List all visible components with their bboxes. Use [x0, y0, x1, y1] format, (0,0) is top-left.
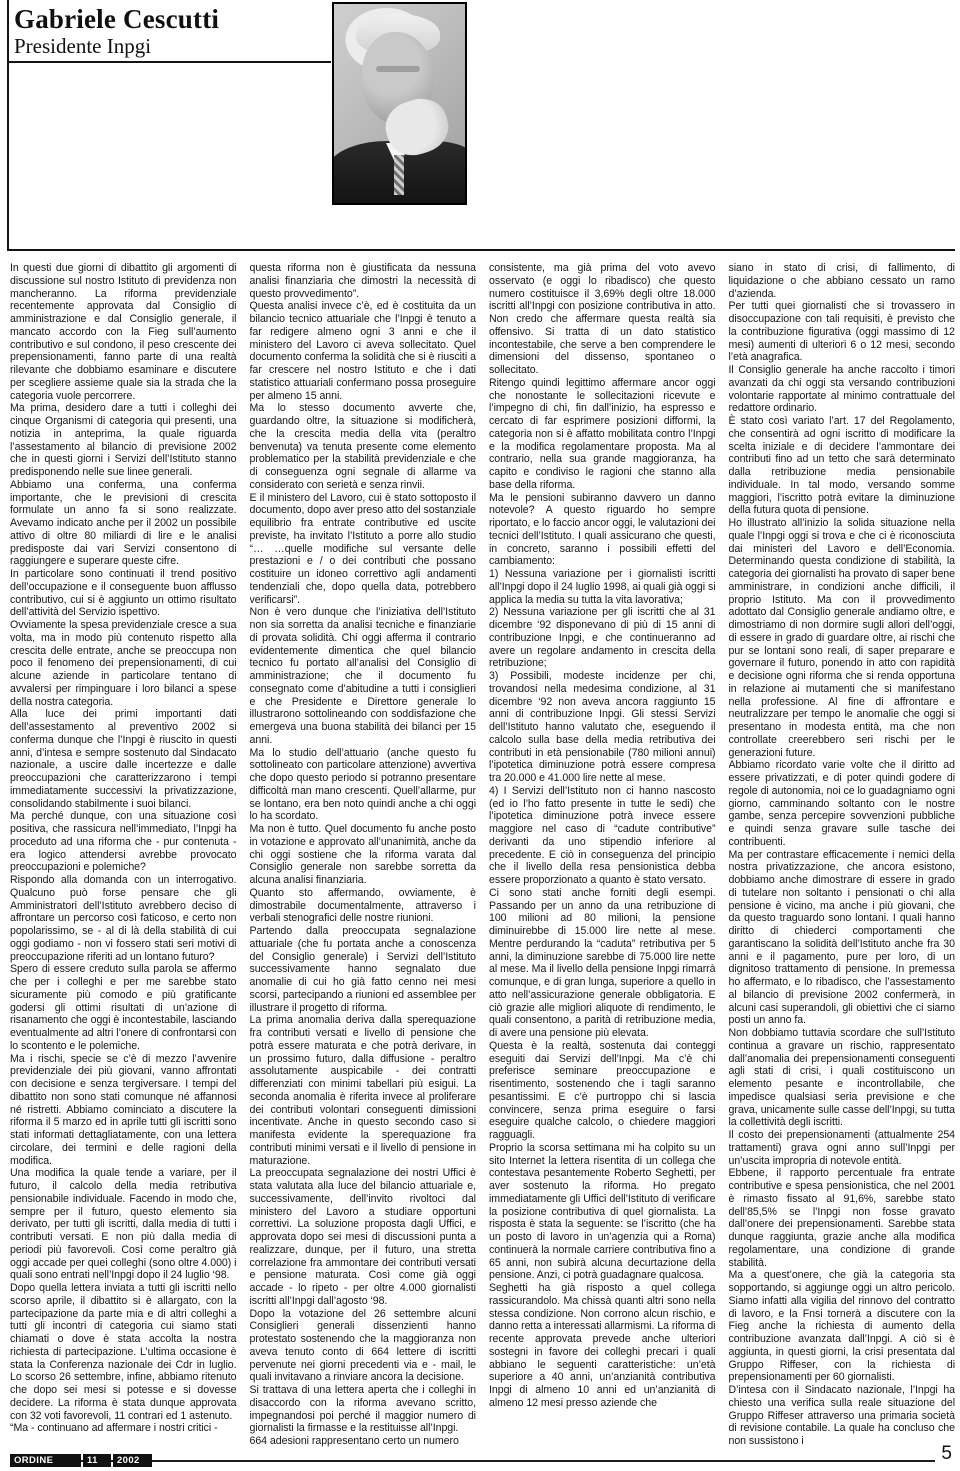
paragraph: Spero di essere creduto sulla parola se …: [10, 963, 237, 1052]
paragraph: Non è vero dunque che l’iniziativa dell’…: [250, 606, 477, 746]
paragraph: In questi due giorni di dibattito gli ar…: [10, 262, 237, 402]
paragraph: Ma per contrastare efficacemente i nemic…: [729, 849, 956, 1028]
paragraph: In particolare sono continuati il trend …: [10, 568, 237, 619]
paragraph: Ma i rischi, specie se c’è di mezzo l’av…: [10, 1053, 237, 1168]
paragraph: “Ma - continuano ad affermare i nostri c…: [10, 1422, 237, 1435]
footer-year: 2002: [113, 1454, 152, 1467]
paragraph: Dopo la votazione del 26 settembre alcun…: [250, 1308, 477, 1385]
paragraph: Dopo quella lettera inviata a tutti gli …: [10, 1282, 237, 1422]
paragraph: 4) I Servizi dell’Istituto non ci hanno …: [489, 785, 716, 887]
paragraph: 664 adesioni rappresentano certo un nume…: [250, 1435, 477, 1448]
paragraph: E il ministero del Lavoro, cui è stato s…: [250, 492, 477, 607]
paragraph: Ma perché dunque, con una situazione cos…: [10, 810, 237, 874]
page-number: 5: [941, 1444, 952, 1464]
paragraph: Quanto sto affermando, ovviamente, è dim…: [250, 887, 477, 925]
paragraph: 3) Possibili, modeste incidenze per chi,…: [489, 670, 716, 785]
paragraph: siano in stato di crisi, di fallimento, …: [729, 262, 956, 300]
paragraph: Questa analisi invece c’è, ed è costitui…: [250, 300, 477, 402]
paragraph: Abbiamo ricordato varie volte che il dir…: [729, 759, 956, 848]
paragraph: Ma lo stesso documento avverte che, guar…: [250, 402, 477, 491]
article-column-2: questa riforma non è giustificata da nes…: [250, 262, 477, 1448]
paragraph: Abbiamo una conferma, una conferma impor…: [10, 479, 237, 568]
page-title: Gabriele Cescutti: [14, 4, 330, 34]
paragraph: questa riforma non è giustificata da nes…: [250, 262, 477, 300]
paragraph: Si trattava di una lettera aperta che i …: [250, 1384, 477, 1435]
article-column-4: siano in stato di crisi, di fallimento, …: [729, 262, 956, 1448]
paragraph: Ma le pensioni subiranno davvero un dann…: [489, 492, 716, 569]
footer-issue-number: 11: [83, 1454, 111, 1467]
magazine-page: Gabriele Cescutti Presidente Inpgi In qu…: [0, 0, 960, 1471]
paragraph: Seghetti ha già risposto a quel collega …: [489, 1282, 716, 1410]
top-rule: [7, 249, 955, 251]
paragraph: È stato così variato l’art. 17 del Regol…: [729, 415, 956, 517]
paragraph: La prima anomalia deriva dalla sperequaz…: [250, 1014, 477, 1167]
paragraph: Partendo dalla preoccupata segnalazione …: [250, 925, 477, 1014]
paragraph: Ci sono stati anche forniti degli esempi…: [489, 887, 716, 1040]
paragraph: Ma lo studio dell’attuario (anche questo…: [250, 747, 477, 824]
portrait-tie: [394, 155, 404, 195]
left-margin-rule: [7, 0, 9, 250]
header-rule: [9, 61, 331, 63]
paragraph: Ma non è tutto. Quel documento fu anche …: [250, 823, 477, 887]
paragraph: Il Consiglio generale ha anche raccolto …: [729, 364, 956, 415]
paragraph: Ho illustrato all’inizio la solida situa…: [729, 517, 956, 759]
paragraph: Ebbene, il rapporto percentuale fra entr…: [729, 1167, 956, 1269]
paragraph: D’intesa con il Sindacato nazionale, l’I…: [729, 1384, 956, 1448]
article-column-3: consistente, ma già prima del voto avevo…: [489, 262, 716, 1448]
paragraph: Rispondo alla domanda con un interrogati…: [10, 874, 237, 963]
paragraph: Ovviamente la spesa previdenziale cresce…: [10, 619, 237, 708]
paragraph: Proprio la scorsa settimana mi ha colpit…: [489, 1142, 716, 1282]
paragraph: 1) Nessuna variazione per i giornalisti …: [489, 568, 716, 606]
paragraph: consistente, ma già prima del voto avevo…: [489, 262, 716, 377]
paragraph: Questa è la realtà, sostenuta dai conteg…: [489, 1040, 716, 1142]
paragraph: Ma a quest’onere, che già la categoria s…: [729, 1269, 956, 1384]
article-body: In questi due giorni di dibattito gli ar…: [10, 262, 955, 1448]
paragraph: Il costo dei prepensionamenti (attualmen…: [729, 1129, 956, 1167]
portrait-photo: [332, 2, 467, 205]
paragraph: La preoccupata segnalazione dei nostri U…: [250, 1167, 477, 1307]
paragraph: 2) Nessuna variazione per gli iscritti c…: [489, 606, 716, 670]
paragraph: Ritengo quindi legittimo affermare ancor…: [489, 377, 716, 492]
article-column-1: In questi due giorni di dibattito gli ar…: [10, 262, 237, 1448]
paragraph: Alla luce dei primi importanti dati dell…: [10, 708, 237, 810]
portrait-brow: [376, 66, 420, 72]
paragraph: Ma prima, desidero dare a tutti i colleg…: [10, 402, 237, 479]
page-subtitle: Presidente Inpgi: [14, 34, 330, 59]
footer-magazine-label: ORDINE: [10, 1454, 81, 1467]
footer-bar: ORDINE 11 2002: [10, 1454, 152, 1467]
paragraph: Per tutti quei giornalisti che si trovas…: [729, 300, 956, 364]
paragraph: Non dobbiamo tuttavia scordare che sull’…: [729, 1027, 956, 1129]
paragraph: Una modifica la quale tende a variare, p…: [10, 1167, 237, 1282]
article-header: Gabriele Cescutti Presidente Inpgi: [14, 4, 330, 59]
